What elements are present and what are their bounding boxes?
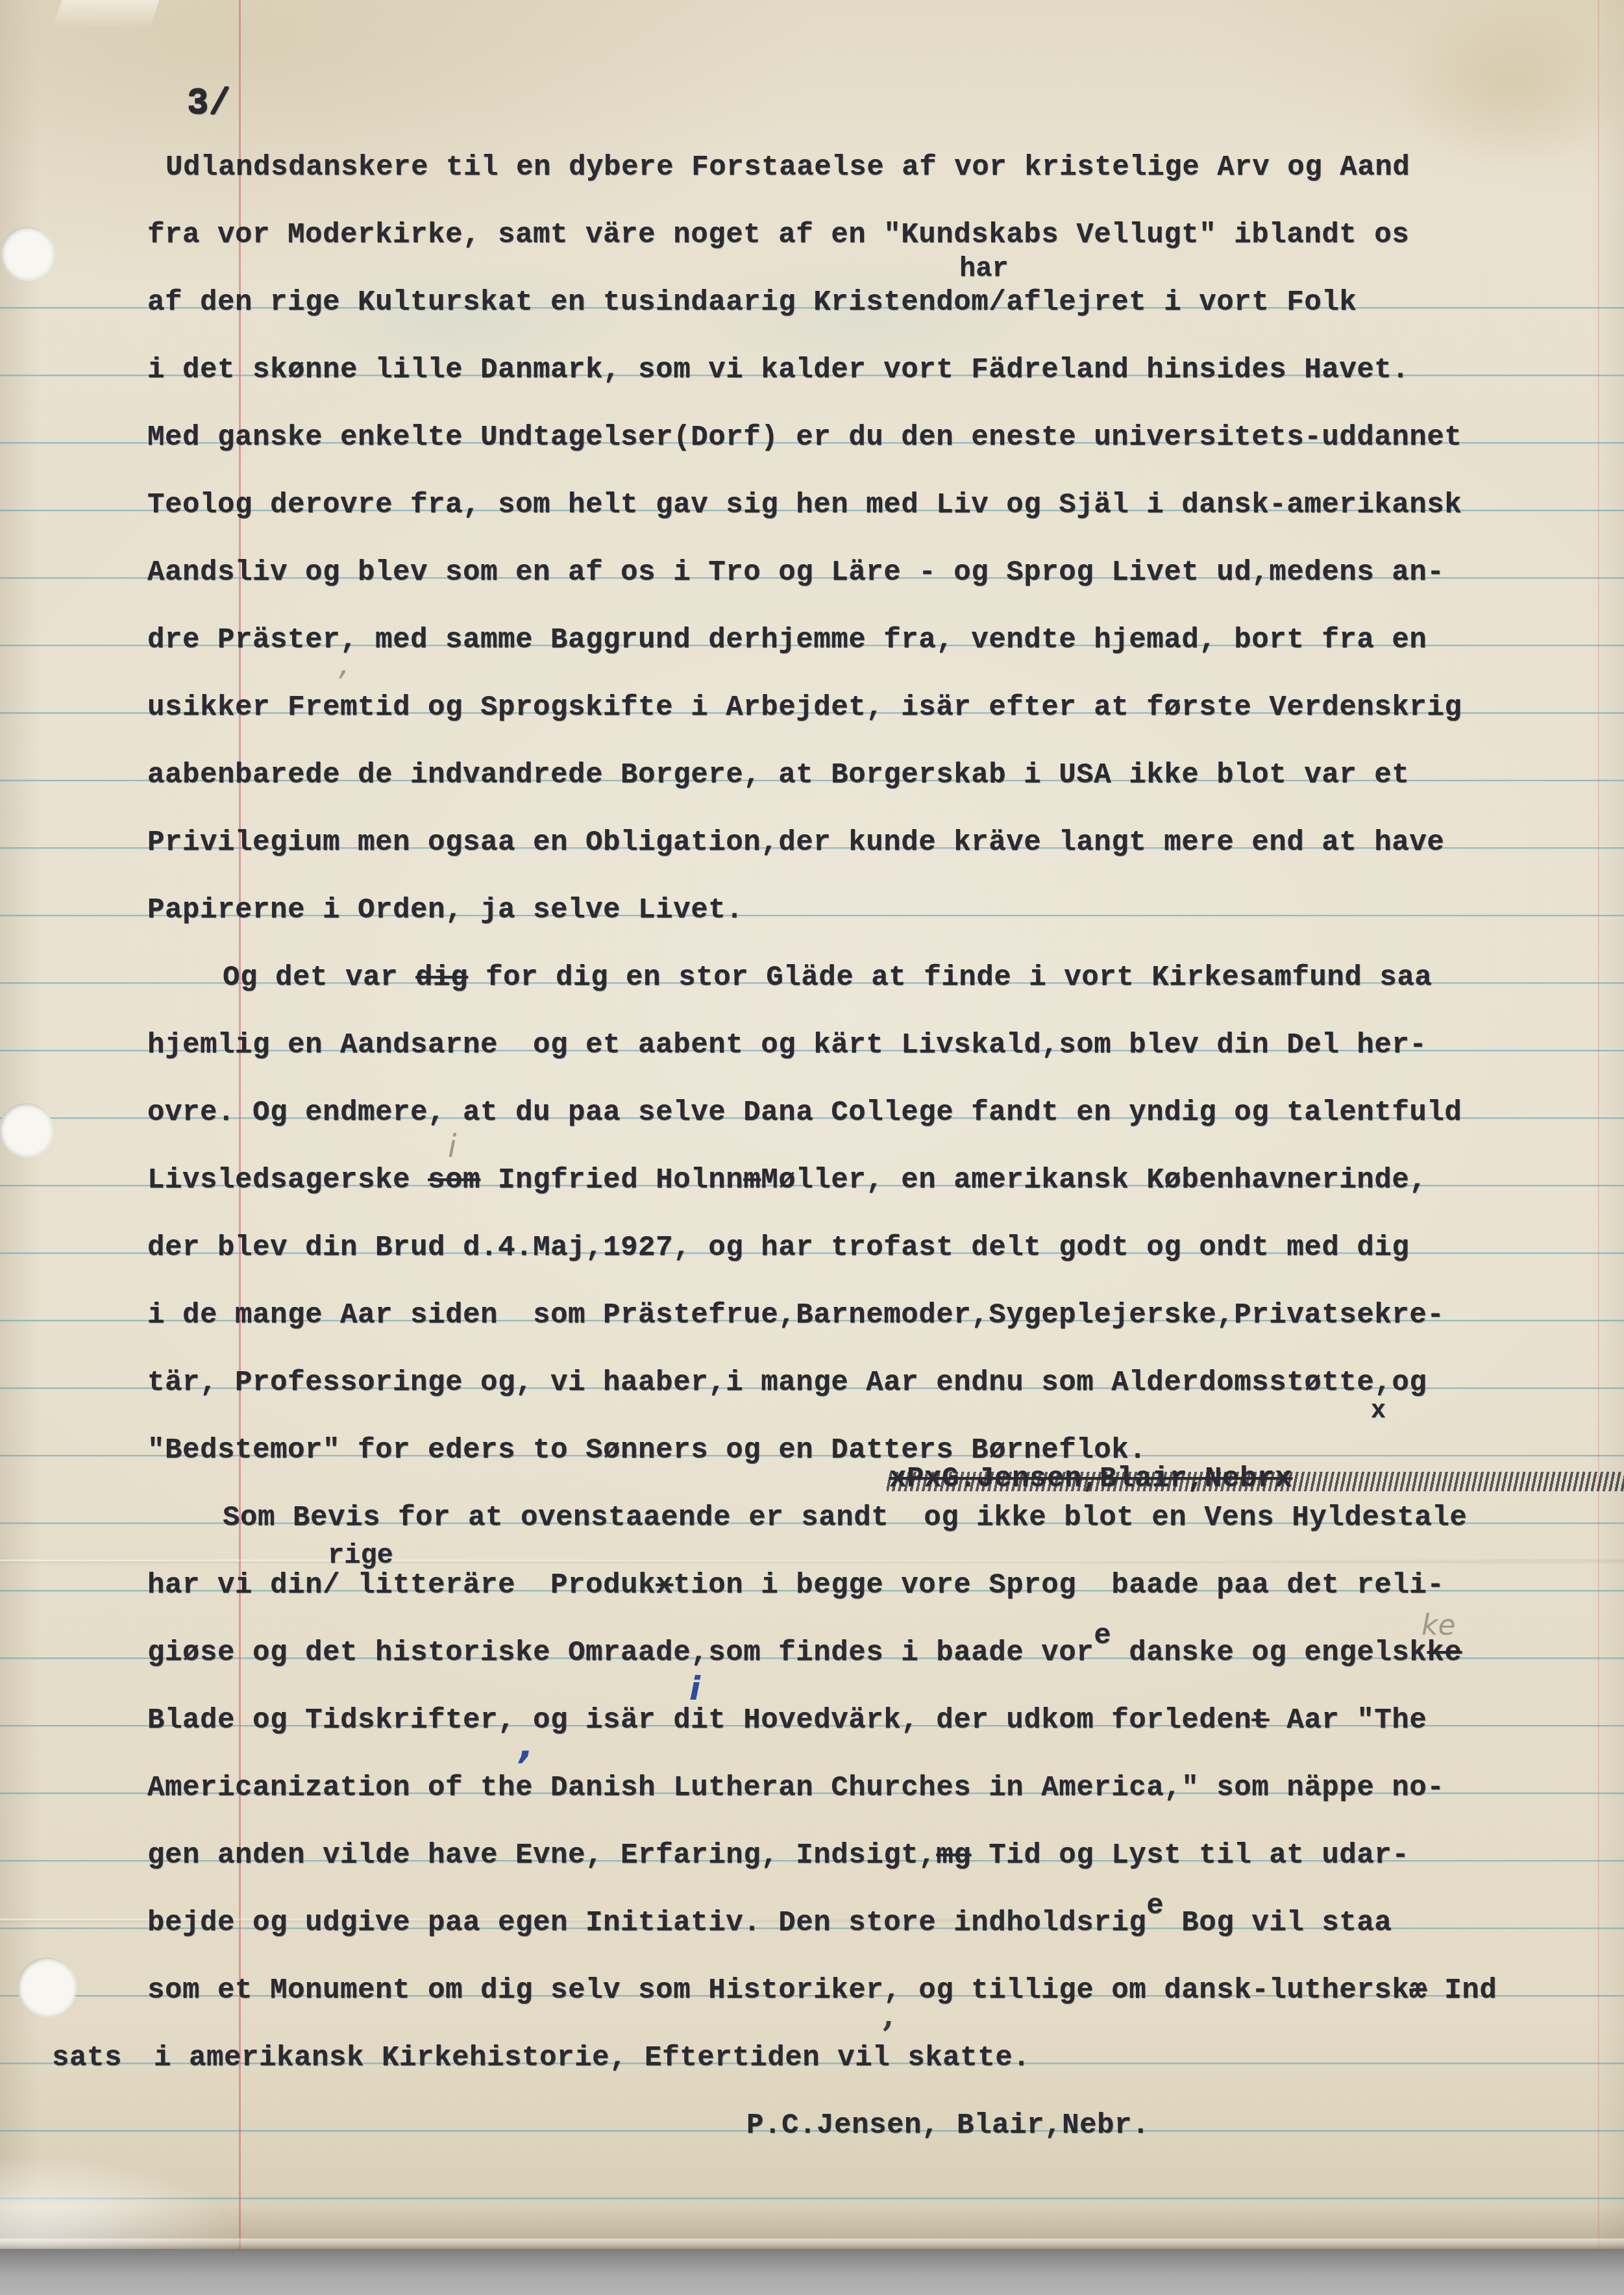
text-segment: som et Monument om dig selv som Historik… xyxy=(147,1974,1409,2007)
text-line: i amerikansk Kirkehistorie, Eftertiden v… xyxy=(154,2044,1030,2072)
punch-hole xyxy=(1,227,54,280)
text-line: af den rige Kulturskat en tusindaarig Kr… xyxy=(147,288,1357,317)
text-segment: Livsledsagerske xyxy=(147,1164,428,1197)
text-segment: for dig en stor Gläde at finde i vort Ki… xyxy=(468,961,1432,994)
text-segment: Bog vil staa xyxy=(1164,1907,1392,1939)
pencil-correction-ke: ke xyxy=(1421,1609,1456,1642)
text-line: fra vor Moderkirke, samt väre noget af e… xyxy=(147,221,1409,249)
text-line: Papirerne i Orden, ja selve Livet. xyxy=(147,896,743,924)
blue-ink-comma: , xyxy=(519,1723,534,1767)
text-segment: har vi din/ litteräre Produk xyxy=(147,1569,656,1602)
text-line: sats xyxy=(52,2044,122,2072)
struck-text: mg xyxy=(936,1839,971,1872)
scanner-background xyxy=(0,2249,1624,2295)
text-segment: sats xyxy=(52,2042,122,2074)
blue-ink-insert-i: i xyxy=(689,1670,700,1707)
text-line: hjemlig en Aandsarne og et aabent og kär… xyxy=(147,1031,1427,1060)
struck-text: æ xyxy=(1409,1974,1427,2007)
text-line: tär, Professoringe og, vi haaber,i mange… xyxy=(147,1369,1427,1397)
typed-x-correction: x xyxy=(1371,1397,1386,1425)
text-segment: Med ganske enkelte Undtagelser(Dorf) er … xyxy=(147,421,1462,454)
text-segment: Blade og Tidskrifter, og isär dit Hovedv… xyxy=(147,1704,1251,1737)
struck-text: m xyxy=(743,1164,761,1197)
punch-hole xyxy=(18,1957,76,2016)
struck-text: som xyxy=(428,1164,480,1197)
text-segment: Tid og Lyst til at udar- xyxy=(971,1839,1409,1872)
text-line: i det skønne lille Danmark, som vi kalde… xyxy=(147,356,1409,384)
text-line: Aandsliv og blev som en af os i Tro og L… xyxy=(147,558,1444,587)
text-segment: "Bedstemor" for eders to Sønners og en D… xyxy=(147,1434,1146,1467)
scanned-typewritten-letter: 3/ Udlandsdanskere til en dybere Forstaa… xyxy=(0,0,1624,2295)
paper-tear xyxy=(53,0,159,29)
text-segment: i amerikansk Kirkehistorie, Eftertiden v… xyxy=(154,2042,1030,2074)
paper-sheet: 3/ Udlandsdanskere til en dybere Forstaa… xyxy=(0,0,1624,2249)
text-segment: aabenbarede de indvandrede Borgere, at B… xyxy=(147,759,1409,791)
text-segment: i de mange Aar siden som Prästefrue,Barn… xyxy=(147,1299,1444,1332)
text-segment: P.C.Jensen, Blair,Nebr. xyxy=(746,2109,1150,2142)
text-line: Privilegium men ogsaa en Obligation,der … xyxy=(147,828,1444,857)
text-segment: Aar "The xyxy=(1269,1704,1427,1737)
text-segment: tion i begge vore Sprog baade paa det re… xyxy=(673,1569,1444,1602)
struck-text: xPxG.Jensen,Blair,Nebrx xyxy=(889,1463,1292,1495)
fold-crease xyxy=(0,1559,1624,1561)
raised-insert: e xyxy=(1146,1890,1164,1922)
text-line: Med ganske enkelte Undtagelser(Dorf) er … xyxy=(147,423,1462,452)
text-line: usikker Fremtid og Sprogskifte i Arbejde… xyxy=(147,693,1462,722)
text-line: giøse og det historiske Omraade,som find… xyxy=(147,1639,1462,1667)
text-line: i de mange Aar siden som Prästefrue,Barn… xyxy=(147,1301,1444,1330)
text-segment: Udlandsdanskere til en dybere Forstaaels… xyxy=(166,151,1410,184)
text-line: ovre. Og endmere, at du paa selve Dana C… xyxy=(147,1098,1462,1127)
text-segment: usikker Fremtid og Sprogskifte i Arbejde… xyxy=(147,691,1462,724)
text-line: Blade og Tidskrifter, og isär dit Hovedv… xyxy=(147,1706,1427,1735)
text-line: bejde og udgive paa egen Initiativ. Den … xyxy=(147,1909,1392,1937)
text-segment: Teolog derovre fra, som helt gav sig hen… xyxy=(147,489,1462,521)
text-segment: danske og engelsk xyxy=(1111,1637,1427,1669)
text-segment: ovre. Og endmere, at du paa selve Dana C… xyxy=(147,1097,1462,1129)
text-segment: tär, Professoringe og, vi haaber,i mange… xyxy=(147,1367,1427,1399)
page-number-mark: 3/ xyxy=(187,82,230,123)
red-margin-line-right xyxy=(1598,0,1599,2249)
text-line: der blev din Brud d.4.Maj,1927, og har t… xyxy=(147,1234,1409,1262)
ink-comma-historiker: , xyxy=(883,1996,894,2034)
text-line: Americanization of the Danish Lutheran C… xyxy=(147,1774,1444,1802)
pencil-caret-mark: i xyxy=(448,1128,456,1165)
text-line: Og det var dig for dig en stor Gläde at … xyxy=(223,963,1432,992)
raised-insert: e xyxy=(1094,1620,1111,1652)
text-line: gen anden vilde have Evne, Erfaring, Ind… xyxy=(147,1841,1409,1870)
text-line: som et Monument om dig selv som Historik… xyxy=(147,1976,1497,2005)
text-segment: giøse og det historiske Omraade,som find… xyxy=(147,1637,1094,1669)
paper-edge-highlight xyxy=(0,2239,1624,2248)
text-segment: Som Bevis for at ovenstaaende er sandt o… xyxy=(223,1502,1467,1534)
interline-insert-har: har xyxy=(959,253,1009,284)
text-segment: Papirerne i Orden, ja selve Livet. xyxy=(147,894,743,926)
text-segment: Og det var xyxy=(223,961,415,994)
text-line: Livsledsagerske som Ingfried HolnnmMølle… xyxy=(147,1166,1427,1195)
typewritten-text-layer: 3/ Udlandsdanskere til en dybere Forstaa… xyxy=(0,0,1624,29)
text-segment: hjemlig en Aandsarne og et aabent og kär… xyxy=(147,1029,1427,1061)
text-segment: fra vor Moderkirke, samt väre noget af e… xyxy=(147,219,1409,251)
text-line: aabenbarede de indvandrede Borgere, at B… xyxy=(147,761,1409,789)
text-segment: Møller, en amerikansk Københavnerinde, xyxy=(761,1164,1427,1197)
text-line: har vi din/ litteräre Produkxtion i begg… xyxy=(147,1571,1444,1600)
struck-text: t xyxy=(1251,1704,1269,1737)
struck-text: x xyxy=(656,1569,673,1602)
text-segment: Americanization of the Danish Lutheran C… xyxy=(147,1772,1444,1804)
text-segment: der blev din Brud d.4.Maj,1927, og har t… xyxy=(147,1232,1409,1264)
text-segment: Aandsliv og blev som en af os i Tro og L… xyxy=(147,556,1444,589)
punch-hole xyxy=(0,1103,53,1156)
interline-insert-rige: rige xyxy=(328,1540,393,1571)
pencil-comma: , xyxy=(339,644,350,683)
text-segment: Ind xyxy=(1427,1974,1497,2007)
text-segment: i det skønne lille Danmark, som vi kalde… xyxy=(147,354,1409,386)
text-line: Udlandsdanskere til en dybere Forstaaels… xyxy=(166,153,1410,182)
text-segment: gen anden vilde have Evne, Erfaring, Ind… xyxy=(147,1839,936,1872)
text-segment: Ingfried Holnn xyxy=(480,1164,743,1197)
text-line: "Bedstemor" for eders to Sønners og en D… xyxy=(147,1436,1146,1465)
text-segment: bejde og udgive paa egen Initiativ. Den … xyxy=(147,1907,1146,1939)
struck-text: dig xyxy=(415,961,468,994)
text-line: Som Bevis for at ovenstaaende er sandt o… xyxy=(223,1504,1467,1532)
text-line: xPxG.Jensen,Blair,Nebrx xyxy=(889,1465,1624,1493)
text-segment: af den rige Kulturskat en tusindaarig Kr… xyxy=(147,286,1357,319)
text-line: Teolog derovre fra, som helt gav sig hen… xyxy=(147,491,1462,519)
signature-line: P.C.Jensen, Blair,Nebr. xyxy=(746,2111,1150,2140)
text-segment: Privilegium men ogsaa en Obligation,der … xyxy=(147,826,1444,859)
